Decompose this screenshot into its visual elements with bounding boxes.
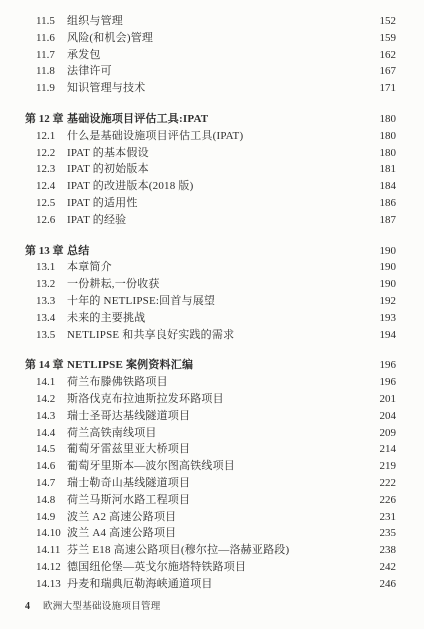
toc-entry: 13.1 本章简介 190 <box>0 259 424 276</box>
toc-entry: 11.5 组织与管理 152 <box>0 13 424 30</box>
entry-page-number: 167 <box>380 63 397 80</box>
toc-entry: 12.5 IPAT 的适用性 186 <box>0 195 424 212</box>
chapter-number: 第 12 章 <box>25 111 67 128</box>
toc-page: 11.5 组织与管理 152 11.6 风险(和机会)管理 159 11.7 承… <box>0 0 424 629</box>
entry-page-number: 196 <box>380 374 397 391</box>
entry-number: 13.5 <box>36 327 67 344</box>
entry-title: 一份耕耘,一份收获 <box>67 276 160 293</box>
entry-title: 葡萄牙雷兹里亚大桥项目 <box>67 441 190 458</box>
entry-number: 11.8 <box>36 63 67 80</box>
entry-number: 12.4 <box>36 178 67 195</box>
toc-section: 11.5 组织与管理 152 11.6 风险(和机会)管理 159 11.7 承… <box>0 13 424 97</box>
folio-page-number: 4 <box>25 601 30 613</box>
entry-title: 未来的主要挑战 <box>67 310 145 327</box>
entry-title: 风险(和机会)管理 <box>67 30 153 47</box>
entry-number: 14.11 <box>36 542 67 559</box>
toc-entry: 14.2 斯洛伐克布拉迪斯拉发环路项目 201 <box>0 391 424 408</box>
toc-entry: 14.1 荷兰布滕佛铁路项目 196 <box>0 374 424 391</box>
book-running-title: 欧洲大型基础设施项目管理 <box>43 601 161 613</box>
entry-page-number: 190 <box>380 259 397 276</box>
entry-number: 12.1 <box>36 128 67 145</box>
entry-page-number: 192 <box>380 293 397 310</box>
chapter-title: NETLIPSE 案例资料汇编 <box>67 357 193 374</box>
toc-entry: 14.8 荷兰马斯河水路工程项目 226 <box>0 492 424 509</box>
entry-number: 14.10 <box>36 525 67 542</box>
entry-title: 十年的 NETLIPSE:回首与展望 <box>67 293 215 310</box>
entry-title: IPAT 的基本假设 <box>67 145 149 162</box>
entry-number: 12.3 <box>36 161 67 178</box>
toc-entry: 13.5 NETLIPSE 和共享良好实践的需求 194 <box>0 327 424 344</box>
chapter-page-number: 196 <box>380 357 397 374</box>
toc-entry: 14.11 芬兰 E18 高速公路项目(穆尔拉—洛赫亚路段) 238 <box>0 542 424 559</box>
toc-entry: 14.7 瑞士勒奇山基线隧道项目 222 <box>0 475 424 492</box>
toc-entry: 13.4 未来的主要挑战 193 <box>0 310 424 327</box>
toc-entry: 12.1 什么是基础设施项目评估工具(IPAT) 180 <box>0 128 424 145</box>
entry-title: 波兰 A4 高速公路项目 <box>67 525 176 542</box>
entry-number: 14.2 <box>36 391 67 408</box>
toc-entry: 14.9 波兰 A2 高速公路项目 231 <box>0 509 424 526</box>
entry-number: 14.1 <box>36 374 67 391</box>
entry-number: 14.4 <box>36 425 67 442</box>
entry-number: 11.7 <box>36 47 67 64</box>
entry-number: 14.12 <box>36 559 67 576</box>
entry-number: 14.3 <box>36 408 67 425</box>
entry-page-number: 193 <box>380 310 397 327</box>
entry-title: 荷兰马斯河水路工程项目 <box>67 492 190 509</box>
entry-title: IPAT 的初始版本 <box>67 161 149 178</box>
entry-page-number: 222 <box>380 475 397 492</box>
entry-number: 14.8 <box>36 492 67 509</box>
entry-page-number: 186 <box>380 195 397 212</box>
entry-number: 13.3 <box>36 293 67 310</box>
entry-number: 14.9 <box>36 509 67 526</box>
entry-page-number: 214 <box>380 441 397 458</box>
toc-chapter-heading: 第 12 章 基础设施项目评估工具:IPAT 180 <box>0 111 424 128</box>
toc-section: 第 14 章 NETLIPSE 案例资料汇编 196 14.1 荷兰布滕佛铁路项… <box>0 357 424 592</box>
entry-page-number: 162 <box>380 47 397 64</box>
toc-section: 第 13 章 总结 190 13.1 本章简介 190 13.2 一份耕耘,一份… <box>0 243 424 344</box>
chapter-number: 第 13 章 <box>25 243 67 260</box>
entry-title: 瑞士圣哥达基线隧道项目 <box>67 408 190 425</box>
entry-number: 13.2 <box>36 276 67 293</box>
entry-number: 13.4 <box>36 310 67 327</box>
entry-page-number: 219 <box>380 458 397 475</box>
entry-title: 斯洛伐克布拉迪斯拉发环路项目 <box>67 391 224 408</box>
entry-title: IPAT 的改进版本(2018 版) <box>67 178 193 195</box>
chapter-page-number: 180 <box>380 111 397 128</box>
chapter-title: 总结 <box>67 243 89 260</box>
chapter-title: 基础设施项目评估工具:IPAT <box>67 111 208 128</box>
toc-entry: 12.3 IPAT 的初始版本 181 <box>0 161 424 178</box>
entry-title: 芬兰 E18 高速公路项目(穆尔拉—洛赫亚路段) <box>67 542 289 559</box>
toc-entry: 14.4 荷兰高铁南线项目 209 <box>0 425 424 442</box>
toc-entry: 12.6 IPAT 的经验 187 <box>0 212 424 229</box>
entry-title: IPAT 的经验 <box>67 212 126 229</box>
toc-entry: 11.6 风险(和机会)管理 159 <box>0 30 424 47</box>
entry-title: 波兰 A2 高速公路项目 <box>67 509 176 526</box>
entry-title: 知识管理与技术 <box>67 80 145 97</box>
entry-number: 12.6 <box>36 212 67 229</box>
entry-page-number: 184 <box>380 178 397 195</box>
entry-title: IPAT 的适用性 <box>67 195 138 212</box>
toc-entry: 11.7 承发包 162 <box>0 47 424 64</box>
entry-title: 荷兰高铁南线项目 <box>67 425 157 442</box>
entry-title: 组织与管理 <box>67 13 123 30</box>
chapter-page-number: 190 <box>380 243 397 260</box>
entry-number: 11.5 <box>36 13 67 30</box>
entry-number: 12.2 <box>36 145 67 162</box>
entry-title: NETLIPSE 和共享良好实践的需求 <box>67 327 234 344</box>
entry-page-number: 204 <box>380 408 397 425</box>
toc-entry: 14.5 葡萄牙雷兹里亚大桥项目 214 <box>0 441 424 458</box>
entry-page-number: 209 <box>380 425 397 442</box>
entry-title: 瑞士勒奇山基线隧道项目 <box>67 475 190 492</box>
toc-chapter-heading: 第 13 章 总结 190 <box>0 243 424 260</box>
entry-number: 12.5 <box>36 195 67 212</box>
entry-number: 13.1 <box>36 259 67 276</box>
toc-entry: 12.4 IPAT 的改进版本(2018 版) 184 <box>0 178 424 195</box>
entry-number: 11.6 <box>36 30 67 47</box>
entry-page-number: 231 <box>380 509 397 526</box>
entry-page-number: 194 <box>380 327 397 344</box>
entry-page-number: 242 <box>380 559 397 576</box>
toc-entry: 14.3 瑞士圣哥达基线隧道项目 204 <box>0 408 424 425</box>
entry-title: 丹麦和瑞典厄勒海峡通道项目 <box>67 576 213 593</box>
toc-entry: 14.12 德国纽伦堡—英戈尔施塔特铁路项目 242 <box>0 559 424 576</box>
entry-page-number: 152 <box>380 13 397 30</box>
toc-entry: 13.3 十年的 NETLIPSE:回首与展望 192 <box>0 293 424 310</box>
entry-title: 什么是基础设施项目评估工具(IPAT) <box>67 128 243 145</box>
entry-title: 葡萄牙里斯本—波尔图高铁线项目 <box>67 458 235 475</box>
entry-number: 14.7 <box>36 475 67 492</box>
entry-title: 荷兰布滕佛铁路项目 <box>67 374 168 391</box>
entry-page-number: 187 <box>380 212 397 229</box>
entry-title: 本章简介 <box>67 259 112 276</box>
entry-number: 14.6 <box>36 458 67 475</box>
entry-number: 11.9 <box>36 80 67 97</box>
entry-page-number: 226 <box>380 492 397 509</box>
entry-page-number: 180 <box>380 145 397 162</box>
entry-page-number: 238 <box>380 542 397 559</box>
page-footer: 4 欧洲大型基础设施项目管理 <box>25 601 161 613</box>
entry-page-number: 235 <box>380 525 397 542</box>
chapter-number: 第 14 章 <box>25 357 67 374</box>
toc-entry: 14.10 波兰 A4 高速公路项目 235 <box>0 525 424 542</box>
entry-page-number: 181 <box>380 161 397 178</box>
entry-title: 承发包 <box>67 47 101 64</box>
entry-number: 14.5 <box>36 441 67 458</box>
entry-page-number: 246 <box>380 576 397 593</box>
entry-page-number: 171 <box>380 80 397 97</box>
toc-entry: 13.2 一份耕耘,一份收获 190 <box>0 276 424 293</box>
entry-page-number: 159 <box>380 30 397 47</box>
entry-page-number: 180 <box>380 128 397 145</box>
entry-title: 法律许可 <box>67 63 112 80</box>
table-of-contents: 11.5 组织与管理 152 11.6 风险(和机会)管理 159 11.7 承… <box>0 0 424 593</box>
toc-chapter-heading: 第 14 章 NETLIPSE 案例资料汇编 196 <box>0 357 424 374</box>
toc-entry: 11.9 知识管理与技术 171 <box>0 80 424 97</box>
entry-title: 德国纽伦堡—英戈尔施塔特铁路项目 <box>67 559 246 576</box>
entry-page-number: 201 <box>380 391 397 408</box>
toc-entry: 12.2 IPAT 的基本假设 180 <box>0 145 424 162</box>
toc-section: 第 12 章 基础设施项目评估工具:IPAT 180 12.1 什么是基础设施项… <box>0 111 424 229</box>
toc-entry: 14.13 丹麦和瑞典厄勒海峡通道项目 246 <box>0 576 424 593</box>
entry-page-number: 190 <box>380 276 397 293</box>
toc-entry: 14.6 葡萄牙里斯本—波尔图高铁线项目 219 <box>0 458 424 475</box>
toc-entry: 11.8 法律许可 167 <box>0 63 424 80</box>
entry-number: 14.13 <box>36 576 67 593</box>
